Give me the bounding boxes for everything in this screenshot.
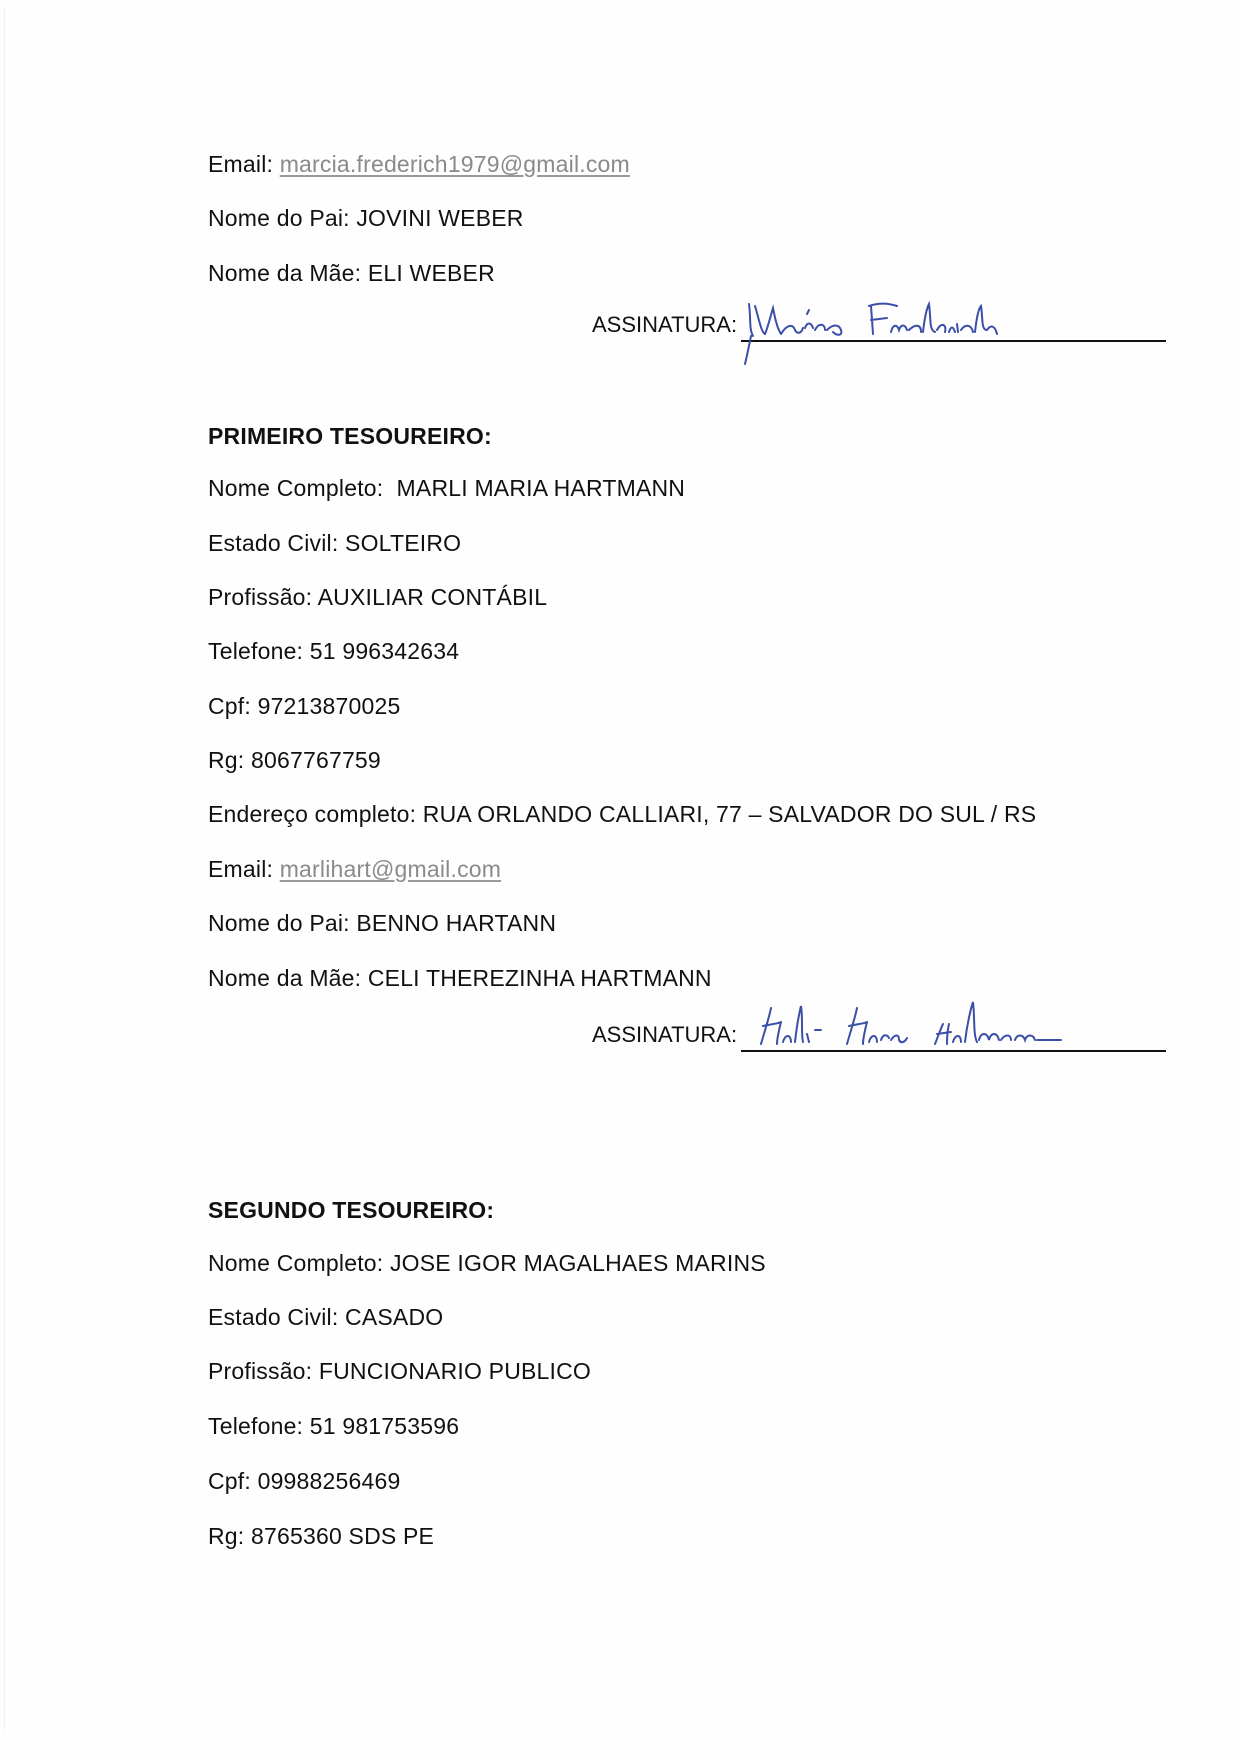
field-label: Telefone:	[208, 1413, 303, 1439]
section-heading-segundo-tesoureiro: SEGUNDO TESOUREIRO:	[208, 1196, 494, 1224]
field-rg: Rg: 8067767759	[208, 746, 381, 774]
field-value: 8765360 SDS PE	[251, 1523, 434, 1549]
signature-field	[741, 1006, 1166, 1052]
mother-line: Nome da Mãe: ELI WEBER	[208, 259, 495, 287]
email-link[interactable]: marcia.frederich1979@gmail.com	[280, 151, 630, 177]
father-label: Nome do Pai:	[208, 205, 350, 231]
field-label: Rg:	[208, 747, 244, 773]
field-value: 8067767759	[251, 747, 381, 773]
field-profissao: Profissão: AUXILIAR CONTÁBIL	[208, 583, 547, 611]
father-line: Nome do Pai: JOVINI WEBER	[208, 204, 524, 232]
field-nome-completo: Nome Completo: MARLI MARIA HARTMANN	[208, 474, 685, 502]
field-label: Rg:	[208, 1523, 244, 1549]
field-value: JOSE IGOR MAGALHAES MARINS	[390, 1250, 766, 1276]
signature-row: ASSINATURA:	[592, 1006, 1166, 1052]
handwritten-signature-marli	[741, 994, 1141, 1064]
field-profissao: Profissão: FUNCIONARIO PUBLICO	[208, 1357, 591, 1385]
field-endereco: Endereço completo: RUA ORLANDO CALLIARI,…	[208, 800, 1036, 828]
field-label: Profissão:	[208, 1358, 312, 1384]
signature-label: ASSINATURA:	[592, 312, 737, 338]
field-value: RUA ORLANDO CALLIARI, 77 – SALVADOR DO S…	[423, 801, 1037, 827]
field-estado-civil: Estado Civil: SOLTEIRO	[208, 529, 461, 557]
field-value: CASADO	[345, 1304, 443, 1330]
father-label: Nome do Pai:	[208, 910, 350, 936]
field-nome-completo: Nome Completo: JOSE IGOR MAGALHAES MARIN…	[208, 1249, 766, 1277]
signature-row: ASSINATURA:	[592, 296, 1166, 342]
field-label: Estado Civil:	[208, 530, 338, 556]
document-page: Email: marcia.frederich1979@gmail.com No…	[0, 0, 1242, 1755]
field-telefone: Telefone: 51 996342634	[208, 637, 459, 665]
scan-edge	[4, 10, 5, 1730]
signature-label: ASSINATURA:	[592, 1022, 737, 1048]
mother-value: CELI THEREZINHA HARTMANN	[368, 965, 712, 991]
father-value: BENNO HARTANN	[356, 910, 556, 936]
field-label: Cpf:	[208, 1468, 251, 1494]
field-value: 51 981753596	[310, 1413, 460, 1439]
field-value: AUXILIAR CONTÁBIL	[318, 584, 548, 610]
field-label: Profissão:	[208, 584, 312, 610]
mother-label: Nome da Mãe:	[208, 965, 361, 991]
email-line: Email: marlihart@gmail.com	[208, 855, 501, 883]
signature-field	[741, 296, 1166, 342]
field-telefone: Telefone: 51 981753596	[208, 1412, 459, 1440]
field-value: 51 996342634	[310, 638, 460, 664]
field-label: Nome Completo:	[208, 475, 383, 501]
mother-label: Nome da Mãe:	[208, 260, 361, 286]
father-value: JOVINI WEBER	[356, 205, 523, 231]
field-value: 09988256469	[258, 1468, 401, 1494]
email-line: Email: marcia.frederich1979@gmail.com	[208, 150, 630, 178]
field-rg: Rg: 8765360 SDS PE	[208, 1522, 434, 1550]
field-cpf: Cpf: 97213870025	[208, 692, 401, 720]
mother-value: ELI WEBER	[368, 260, 495, 286]
section-heading-primeiro-tesoureiro: PRIMEIRO TESOUREIRO:	[208, 422, 492, 450]
field-value: SOLTEIRO	[345, 530, 461, 556]
field-label: Nome Completo:	[208, 1250, 383, 1276]
field-label: Estado Civil:	[208, 1304, 338, 1330]
email-link[interactable]: marlihart@gmail.com	[280, 856, 501, 882]
field-value: 97213870025	[258, 693, 401, 719]
mother-line: Nome da Mãe: CELI THEREZINHA HARTMANN	[208, 964, 712, 992]
field-label: Endereço completo:	[208, 801, 416, 827]
email-label: Email:	[208, 856, 273, 882]
handwritten-signature-marcia	[741, 284, 1071, 374]
field-value: MARLI MARIA HARTMANN	[390, 475, 685, 501]
field-cpf: Cpf: 09988256469	[208, 1467, 401, 1495]
field-label: Cpf:	[208, 693, 251, 719]
email-label: Email:	[208, 151, 273, 177]
field-estado-civil: Estado Civil: CASADO	[208, 1303, 443, 1331]
father-line: Nome do Pai: BENNO HARTANN	[208, 909, 556, 937]
field-label: Telefone:	[208, 638, 303, 664]
field-value: FUNCIONARIO PUBLICO	[319, 1358, 591, 1384]
